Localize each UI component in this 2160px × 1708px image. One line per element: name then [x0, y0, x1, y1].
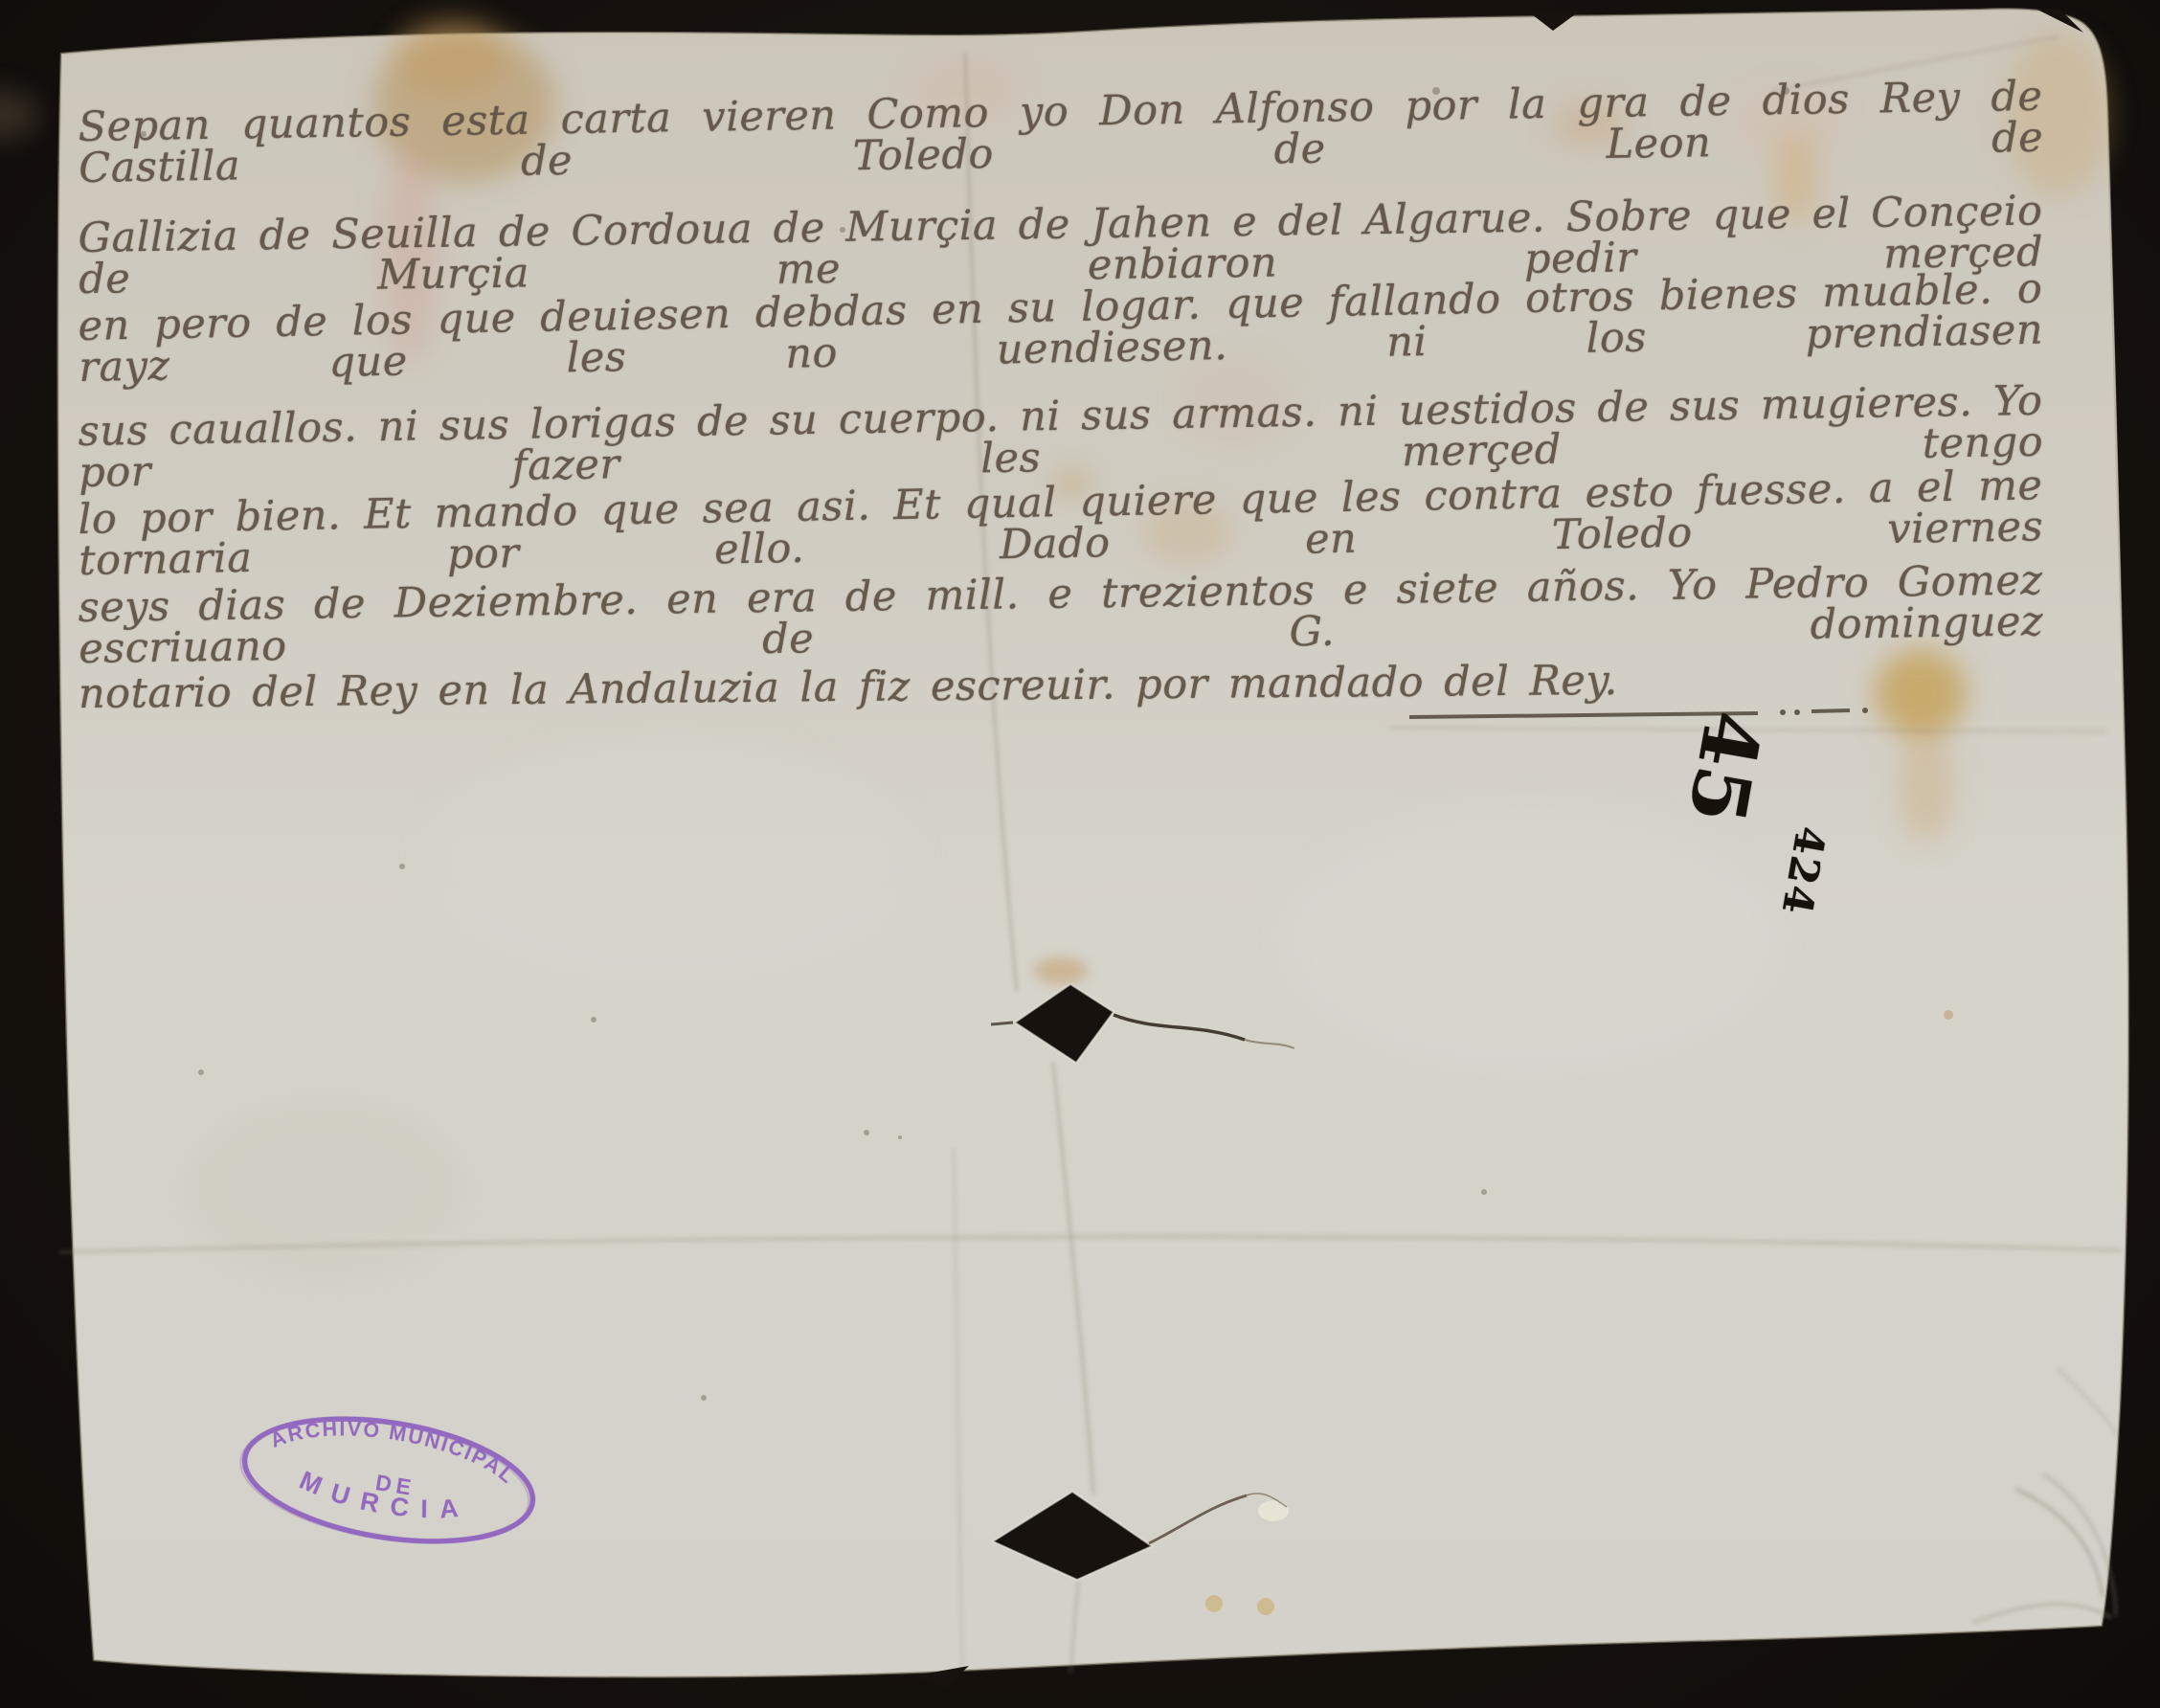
archival-mark-upper: 45 [1671, 705, 1779, 830]
photo-of-parchment-charter: ARCHIVO MUNICIPAL DE MURCIA Sepan quanto… [0, 0, 2160, 1708]
